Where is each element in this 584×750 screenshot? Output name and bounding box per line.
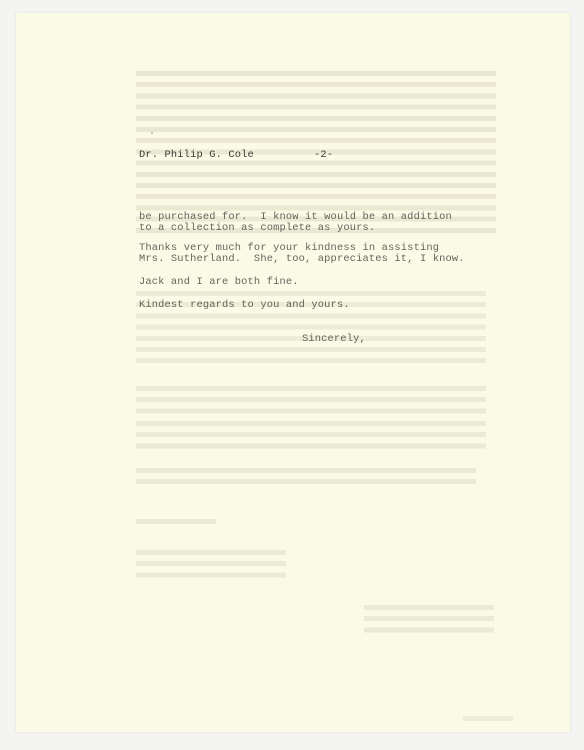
bleed-through-block3: [136, 465, 476, 487]
bleed-through-block4: [136, 516, 216, 527]
recipient-name: Dr. Philip G. Cole: [139, 150, 254, 161]
page-number: -2-: [314, 150, 333, 161]
body-line: Mrs. Sutherland. She, too, appreciates i…: [139, 254, 465, 265]
bleed-through-block2: [136, 418, 486, 452]
body-line: Jack and I are both fine.: [139, 277, 299, 288]
bleed-through-lower: [136, 383, 486, 417]
closing: Sincerely,: [302, 334, 366, 345]
bleed-through-block6: [364, 602, 494, 636]
bleed-through-block5: [136, 547, 286, 581]
body-line: Kindest regards to you and yours.: [139, 300, 350, 311]
bleed-through-corner: [463, 713, 513, 723]
letter-page: [16, 13, 570, 732]
body-line: to a collection as complete as yours.: [139, 223, 375, 234]
margin-mark: [151, 132, 153, 134]
